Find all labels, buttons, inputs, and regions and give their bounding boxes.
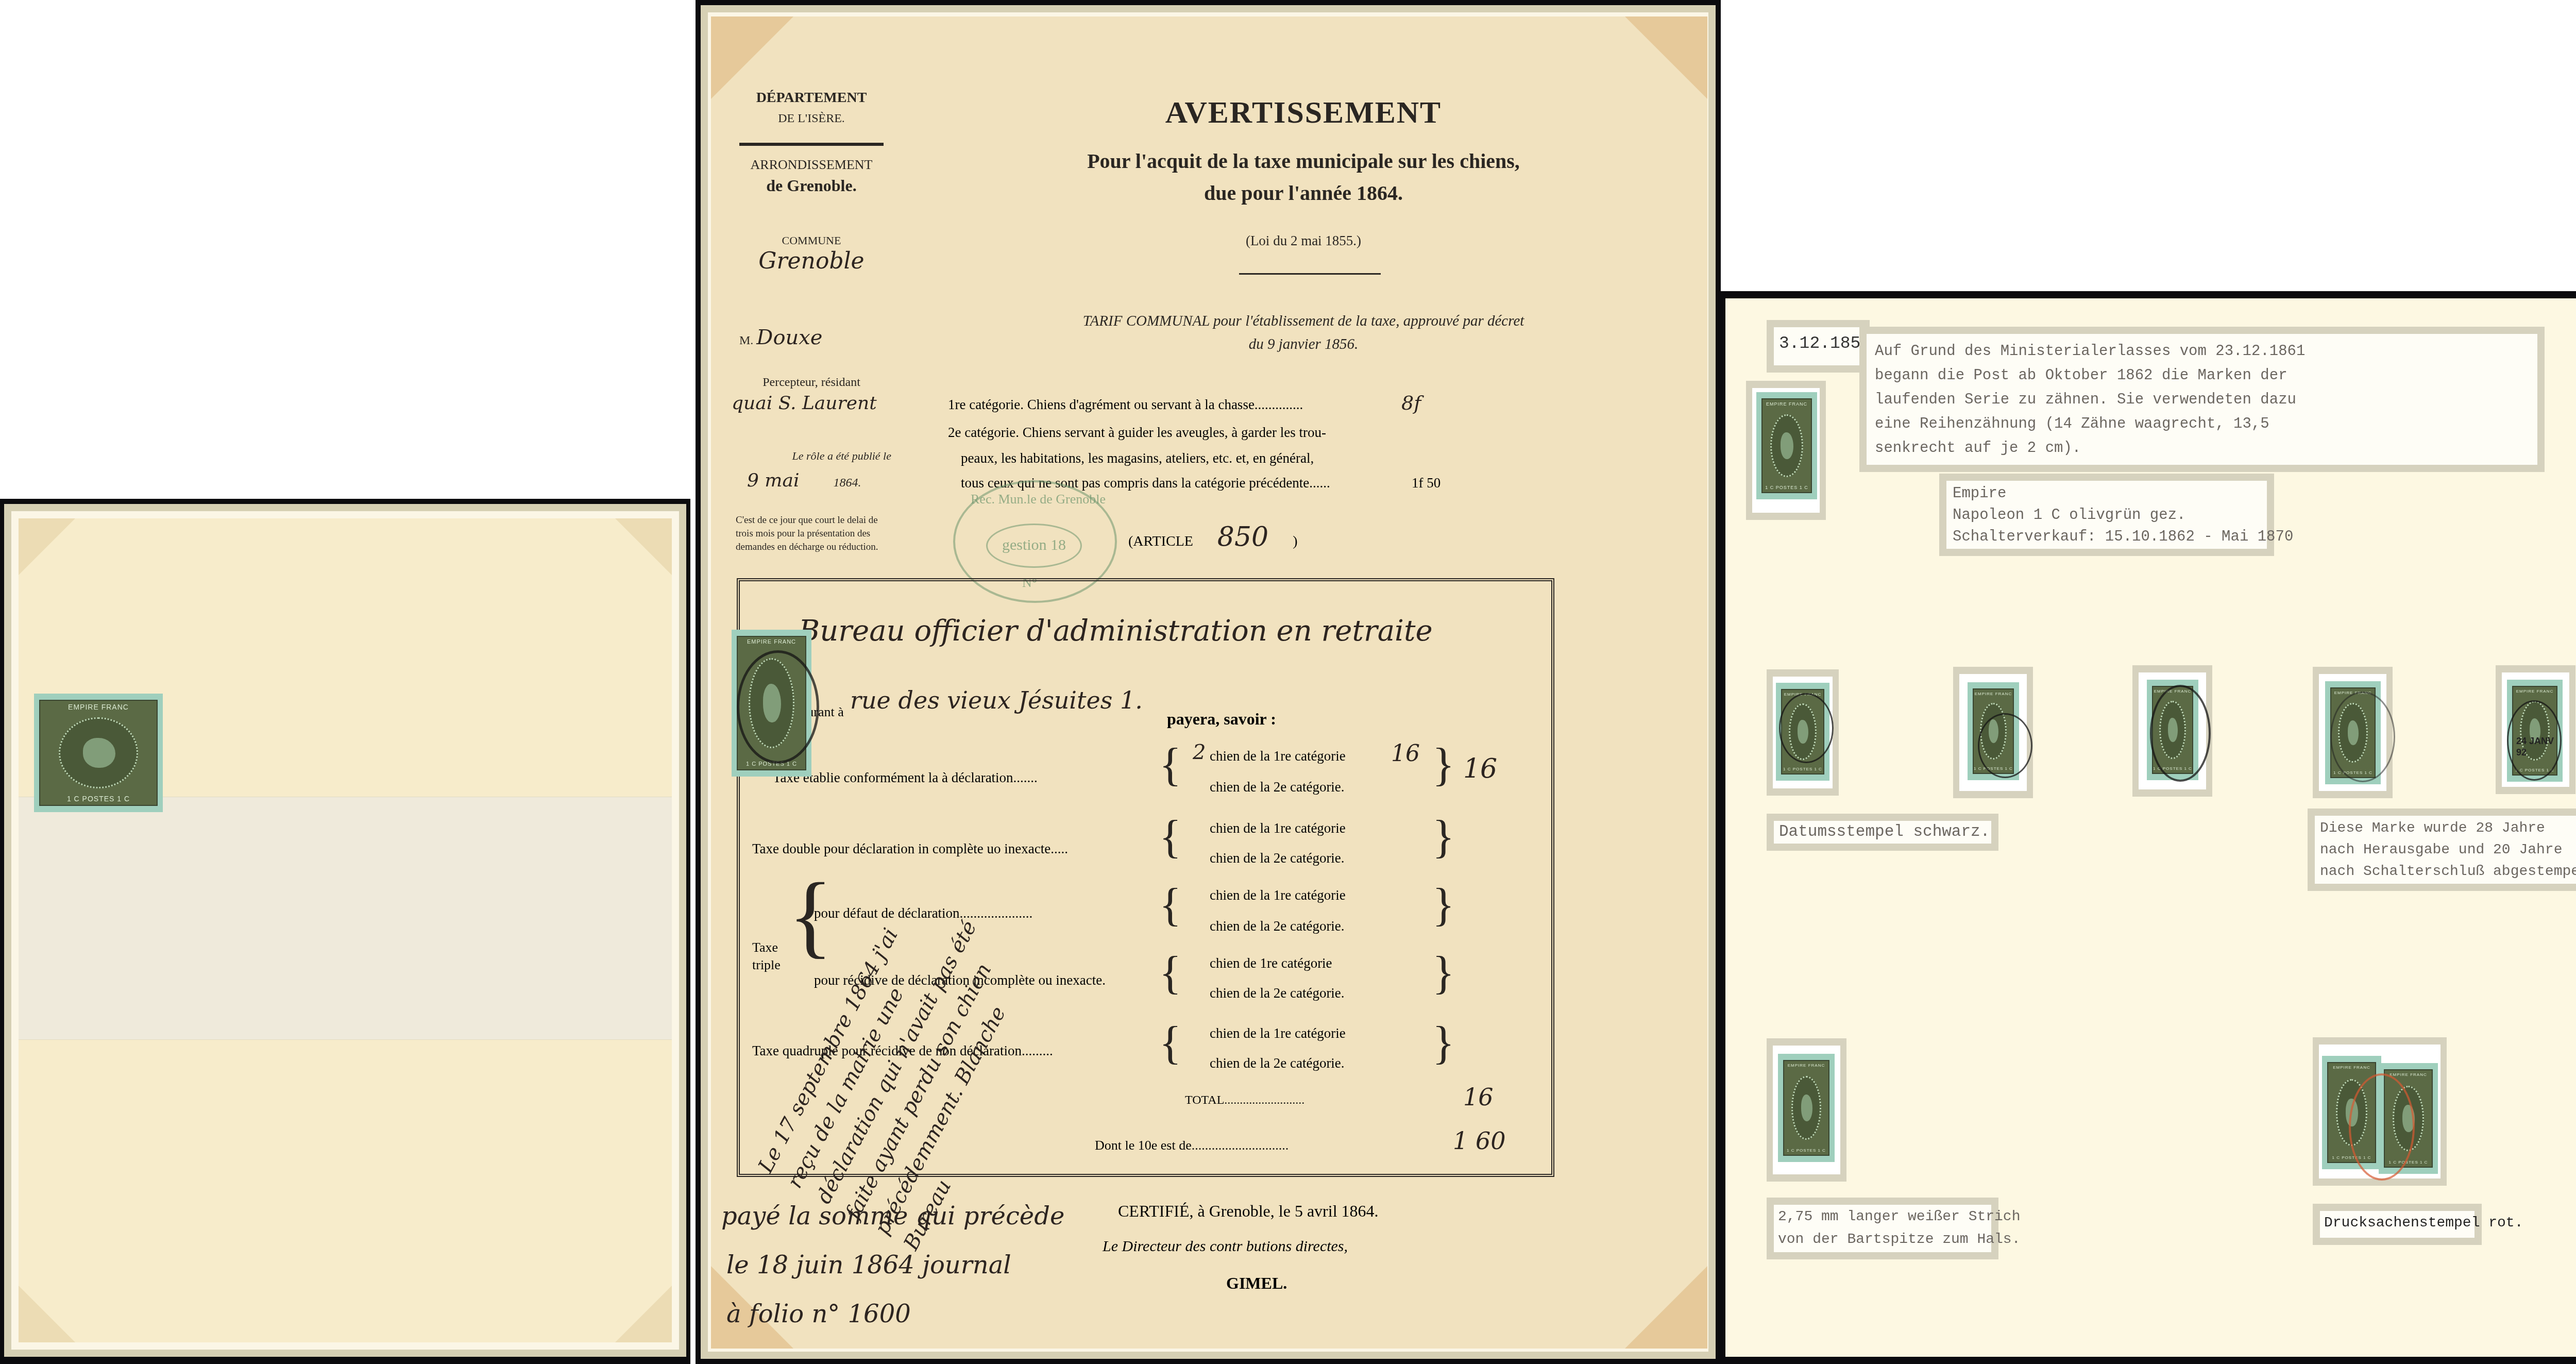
total-value: 16 <box>1463 1083 1494 1111</box>
stamp-mount: EMPIRE FRANC 1 C POSTES 1 C <box>1767 1038 1846 1182</box>
row-taxe-double-cat2: chien de la 2e catégorie. <box>1210 850 1345 866</box>
row-defaut-cat1: chien de la 1re catégorie <box>1210 887 1346 903</box>
white-line-label: 2,75 mm langer weißer Strich von der Bar… <box>1774 1205 1991 1252</box>
stamp-top-text: EMPIRE FRANC <box>1762 401 1811 407</box>
payment-note-line-2: le 18 juin 1864 journal <box>726 1251 1011 1279</box>
row-taxe-etablie-cat2: chien de la 2e catégorie. <box>1210 779 1345 795</box>
arrondissement-name: de Grenoble. <box>737 175 886 196</box>
napoleon-stamp-mint: EMPIRE FRANC 1 C POSTES 1 C <box>1756 392 1817 499</box>
row-taxe-etablie-subtotal: 16 <box>1463 753 1497 784</box>
photo-corner <box>19 1286 75 1342</box>
department-label: DÉPARTEMENT <box>737 88 886 108</box>
stamp-design: EMPIRE FRANC 1 C POSTES 1 C <box>1761 398 1812 493</box>
row-quadruple-cat1: chien de la 1re catégorie <box>1210 1025 1346 1041</box>
arrondissement-block: ARRONDISSEMENT de Grenoble. <box>737 155 886 196</box>
late-use-label: Diese Marke wurde 28 Jahre nach Herausga… <box>2315 816 2576 884</box>
newspaper-band <box>19 797 672 1040</box>
percepteur-label: Percepteur, résidant <box>737 372 886 393</box>
directeur-line: Le Directeur des contr butions directes, <box>1103 1238 1348 1255</box>
tarif-line-1: TARIF COMMUNAL pour l'établissement de l… <box>886 313 1721 330</box>
date-label-mount: 3.12.1856 <box>1767 320 1870 373</box>
used-stamp-2: EMPIRE FRANC 1 C POSTES 1 C <box>1968 682 2019 780</box>
divider <box>739 143 884 146</box>
payment-note-line-3: à folio n° 1600 <box>726 1300 911 1328</box>
album-page-frame: 3.12.1856 Auf Grund des Ministerialerlas… <box>1718 291 2576 1364</box>
photo-corner <box>615 518 672 575</box>
stamp-top-text: EMPIRE FRANC <box>2328 1065 2375 1070</box>
photo-corner <box>19 518 75 575</box>
commune-block: COMMUNE Grenoble <box>737 230 886 272</box>
stamp-top-text: EMPIRE FRANC <box>40 703 157 711</box>
row-taxe-etablie-count: 2 <box>1193 740 1206 764</box>
st-quentin-postmark <box>1978 713 2032 778</box>
issue-date-label: 3.12.1856 <box>1774 327 1862 365</box>
row-defaut-cat2: chien de la 2e catégorie. <box>1210 918 1345 934</box>
stamp-top-text: EMPIRE FRANC <box>1974 692 2013 696</box>
stamp-portrait-oval <box>1791 1076 1822 1140</box>
stamp-portrait-oval <box>1770 414 1803 477</box>
napoleon-stamp-on-document: EMPIRE FRANC 1 C POSTES 1 C <box>732 630 811 777</box>
black-postmark <box>1779 693 1834 763</box>
used-stamp-3: EMPIRE FRANC 1 C POSTES 1 C <box>2147 680 2198 780</box>
perforation-info-text: Auf Grund des Ministerialerlasses vom 23… <box>1867 334 2537 465</box>
row-taxe-double-cat1: chien de la 1re catégorie <box>1210 820 1346 836</box>
arrondissement-label: ARRONDISSEMENT <box>737 155 886 175</box>
photo-corner <box>1625 1266 1707 1349</box>
info-box-mount: Auf Grund des Ministerialerlasses vom 23… <box>1859 327 2545 472</box>
percepteur-value: quai S. Laurent <box>732 393 886 414</box>
row-taxe-double-label: Taxe double pour déclaration in complète… <box>752 841 1068 857</box>
role-date: 9 mai 1864. <box>747 470 891 491</box>
department-name: DE L'ISÈRE. <box>737 108 886 129</box>
left-mat: EMPIRE FRANC 1 C POSTES 1 C <box>4 504 686 1357</box>
brace: } <box>1432 1020 1454 1067</box>
dixieme-value: 1 60 <box>1453 1127 1505 1155</box>
role-date-value: 9 mai <box>747 470 799 491</box>
red-cancel-label: Drucksachenstempel rot. <box>2320 1211 2475 1238</box>
used-stamp-1: EMPIRE FRANC 1 C POSTES 1 C <box>1776 683 1829 781</box>
document-subtitle-2: due pour l'année 1864. <box>886 177 1721 209</box>
album-page: 3.12.1856 Auf Grund des Ministerialerlas… <box>1725 298 2576 1357</box>
collector-name: Douxe <box>756 326 822 349</box>
document-frame: DÉPARTEMENT DE L'ISÈRE. ARRONDISSEMENT d… <box>696 0 1721 1364</box>
stamp-top-text: EMPIRE FRANC <box>738 639 805 645</box>
left-mat-inner: EMPIRE FRANC 1 C POSTES 1 C <box>11 511 679 1350</box>
label-mount: Diese Marke wurde 28 Jahre nach Herausga… <box>2308 809 2576 891</box>
portrait-icon <box>1801 1094 1812 1121</box>
category-1-value: 8f <box>1401 392 1421 414</box>
black-cancel-label: Datumsstempel schwarz. <box>1774 821 1991 844</box>
stamp-mount: EMPIRE FRANC 1 C POSTES 1 C <box>2132 665 2212 797</box>
stamp-ring-text: Rec. Mun.le de Grenoble <box>971 492 1106 507</box>
total-label: TOTAL.......................... <box>1185 1093 1304 1107</box>
photo-corner <box>1625 16 1707 99</box>
collector-block: M. Douxe <box>739 326 889 349</box>
portrait-icon <box>1781 432 1793 459</box>
payment-note-line-1: payé la somme qui précède <box>721 1202 1064 1231</box>
payera-label: payera, savoir : <box>1167 710 1276 729</box>
law-reference: (Loi du 2 mai 1855.) <box>886 233 1721 249</box>
article-label: (ARTICLE 850 ) <box>1128 521 1297 552</box>
stamp-mount: EMPIRE FRANC 1 C POSTES 1 C <box>1746 381 1826 520</box>
stamp-mount: EMPIRE FRANC 1 C POSTES 1 C EMPIRE FRANC… <box>2313 1037 2447 1186</box>
dixieme-label: Dont le 10e est de......................… <box>1095 1138 1289 1153</box>
stamp-bottom-text: 1 C POSTES 1 C <box>1784 1148 1828 1153</box>
stamp-white-line-variety: EMPIRE FRANC 1 C POSTES 1 C <box>1778 1054 1835 1162</box>
photo-corner <box>711 16 793 99</box>
row-recidive-cat1: chien de 1re catégorie <box>1210 955 1332 971</box>
stamp-bottom-text: 1 C POSTES 1 C <box>1762 485 1811 490</box>
used-stamp-4: EMPIRE FRANC 1 C POSTES 1 C <box>2325 681 2381 784</box>
postmark-date: 24 JANV 92 <box>2516 735 2563 758</box>
brace: { <box>1159 814 1181 861</box>
category-1: 1re catégorie. Chiens d'agrément ou serv… <box>948 397 1303 413</box>
brace: { <box>1159 882 1181 929</box>
commune-value: Grenoble <box>737 251 886 272</box>
empire-description: Empire Napoleon 1 C olivgrün gez. Schalt… <box>1946 481 2267 549</box>
wrapper-paper: EMPIRE FRANC 1 C POSTES 1 C <box>19 518 672 1342</box>
paris-postmark <box>2150 685 2211 782</box>
brace: } <box>1432 882 1454 929</box>
row-taxe-etablie-cat1: chien de la 1re catégorie <box>1210 748 1346 764</box>
stamp-bottom-text: 1 C POSTES 1 C <box>40 795 157 803</box>
label-mount: Datumsstempel schwarz. <box>1767 814 1998 851</box>
tax-notice-paper: DÉPARTEMENT DE L'ISÈRE. ARRONDISSEMENT d… <box>711 16 1707 1349</box>
brace: } <box>1432 814 1454 861</box>
address-value: rue des vieux Jésuites 1. <box>850 686 1143 714</box>
brace: { <box>1159 1020 1181 1067</box>
m-label: M. <box>739 334 753 347</box>
stamp-bottom-text: 1 C POSTES 1 C <box>1782 767 1823 771</box>
photo-corner <box>615 1286 672 1342</box>
stamp-mount: EMPIRE FRANC 1 C POSTES 1 C <box>1767 669 1839 796</box>
delay-notice: C'est de ce jour que court le delai de t… <box>736 514 880 554</box>
portrait-icon <box>83 738 115 768</box>
tarif-line-2: du 9 janvier 1856. <box>886 336 1721 353</box>
payer-name: Bureau officier d'administration en retr… <box>799 614 1433 648</box>
stamp-inner-text: gestion 18 <box>986 524 1082 568</box>
taxe-triple-label: Taxe triple <box>752 939 793 974</box>
row-taxe-etablie-label: Taxe établie conformément la à déclarati… <box>773 770 1038 786</box>
row-recidive-cat2: chien de la 2e catégorie. <box>1210 985 1345 1001</box>
article-number: 850 <box>1217 521 1268 552</box>
document-title: AVERTISSEMENT <box>886 95 1721 130</box>
stamp-mount: EMPIRE FRANC 1 C POSTES 1 C <box>2313 667 2393 798</box>
role-year: 1864. <box>833 476 861 490</box>
role-label: Le rôle a été publié le <box>747 449 891 463</box>
empire-box-mount: Empire Napoleon 1 C olivgrün gez. Schalt… <box>1939 474 2274 556</box>
brace: { <box>1159 742 1181 788</box>
category-2-line-1: 2e catégorie. Chiens servant à guider le… <box>948 425 1326 441</box>
stamp-top-text: EMPIRE FRANC <box>1784 1063 1828 1068</box>
article-label-text: (ARTICLE <box>1128 533 1193 549</box>
stamp-portrait-oval <box>59 717 138 788</box>
left-mount-frame: EMPIRE FRANC 1 C POSTES 1 C <box>0 499 690 1364</box>
used-stamp-5-1892: EMPIRE FRANC 1 C POSTES 1 C 24 JANV 92 <box>2507 680 2563 782</box>
brace: } <box>1432 742 1454 788</box>
grenoble-postmark <box>737 650 819 764</box>
red-printed-matter-cancel <box>2349 1073 2415 1181</box>
stamp-mount: EMPIRE FRANC 1 C POSTES 1 C 24 JANV 92 <box>2496 665 2575 794</box>
stamp-design: EMPIRE FRANC 1 C POSTES 1 C <box>1783 1060 1829 1156</box>
brace: { <box>1159 950 1181 997</box>
department-block: DÉPARTEMENT DE L'ISÈRE. <box>737 88 886 129</box>
black-postmark <box>2330 692 2395 782</box>
stamp-design: EMPIRE FRANC 1 C POSTES 1 C <box>39 700 158 806</box>
signature-gimel: GIMEL. <box>1226 1274 1287 1293</box>
label-mount: 2,75 mm langer weißer Strich von der Bar… <box>1767 1198 1998 1259</box>
label-mount: Drucksachenstempel rot. <box>2313 1204 2482 1245</box>
document-subtitle-1: Pour l'acquit de la taxe municipale sur … <box>886 145 1721 177</box>
brace: } <box>1432 950 1454 997</box>
stamp-top-text: EMPIRE FRANC <box>2513 689 2556 694</box>
divider <box>1239 273 1381 275</box>
row-quadruple-cat2: chien de la 2e catégorie. <box>1210 1055 1345 1071</box>
article-close: ) <box>1293 533 1297 549</box>
napoleon-stamp-unused: EMPIRE FRANC 1 C POSTES 1 C <box>34 694 163 812</box>
stamp-mount: EMPIRE FRANC 1 C POSTES 1 C <box>1953 667 2033 798</box>
category-2-value: 1f 50 <box>1412 475 1440 491</box>
certified-line: CERTIFIÉ, à Grenoble, le 5 avril 1864. <box>1118 1202 1379 1221</box>
row-taxe-etablie-cat1-value: 16 <box>1391 740 1420 767</box>
category-2-line-2: peaux, les habitations, les magasins, at… <box>961 450 1314 466</box>
